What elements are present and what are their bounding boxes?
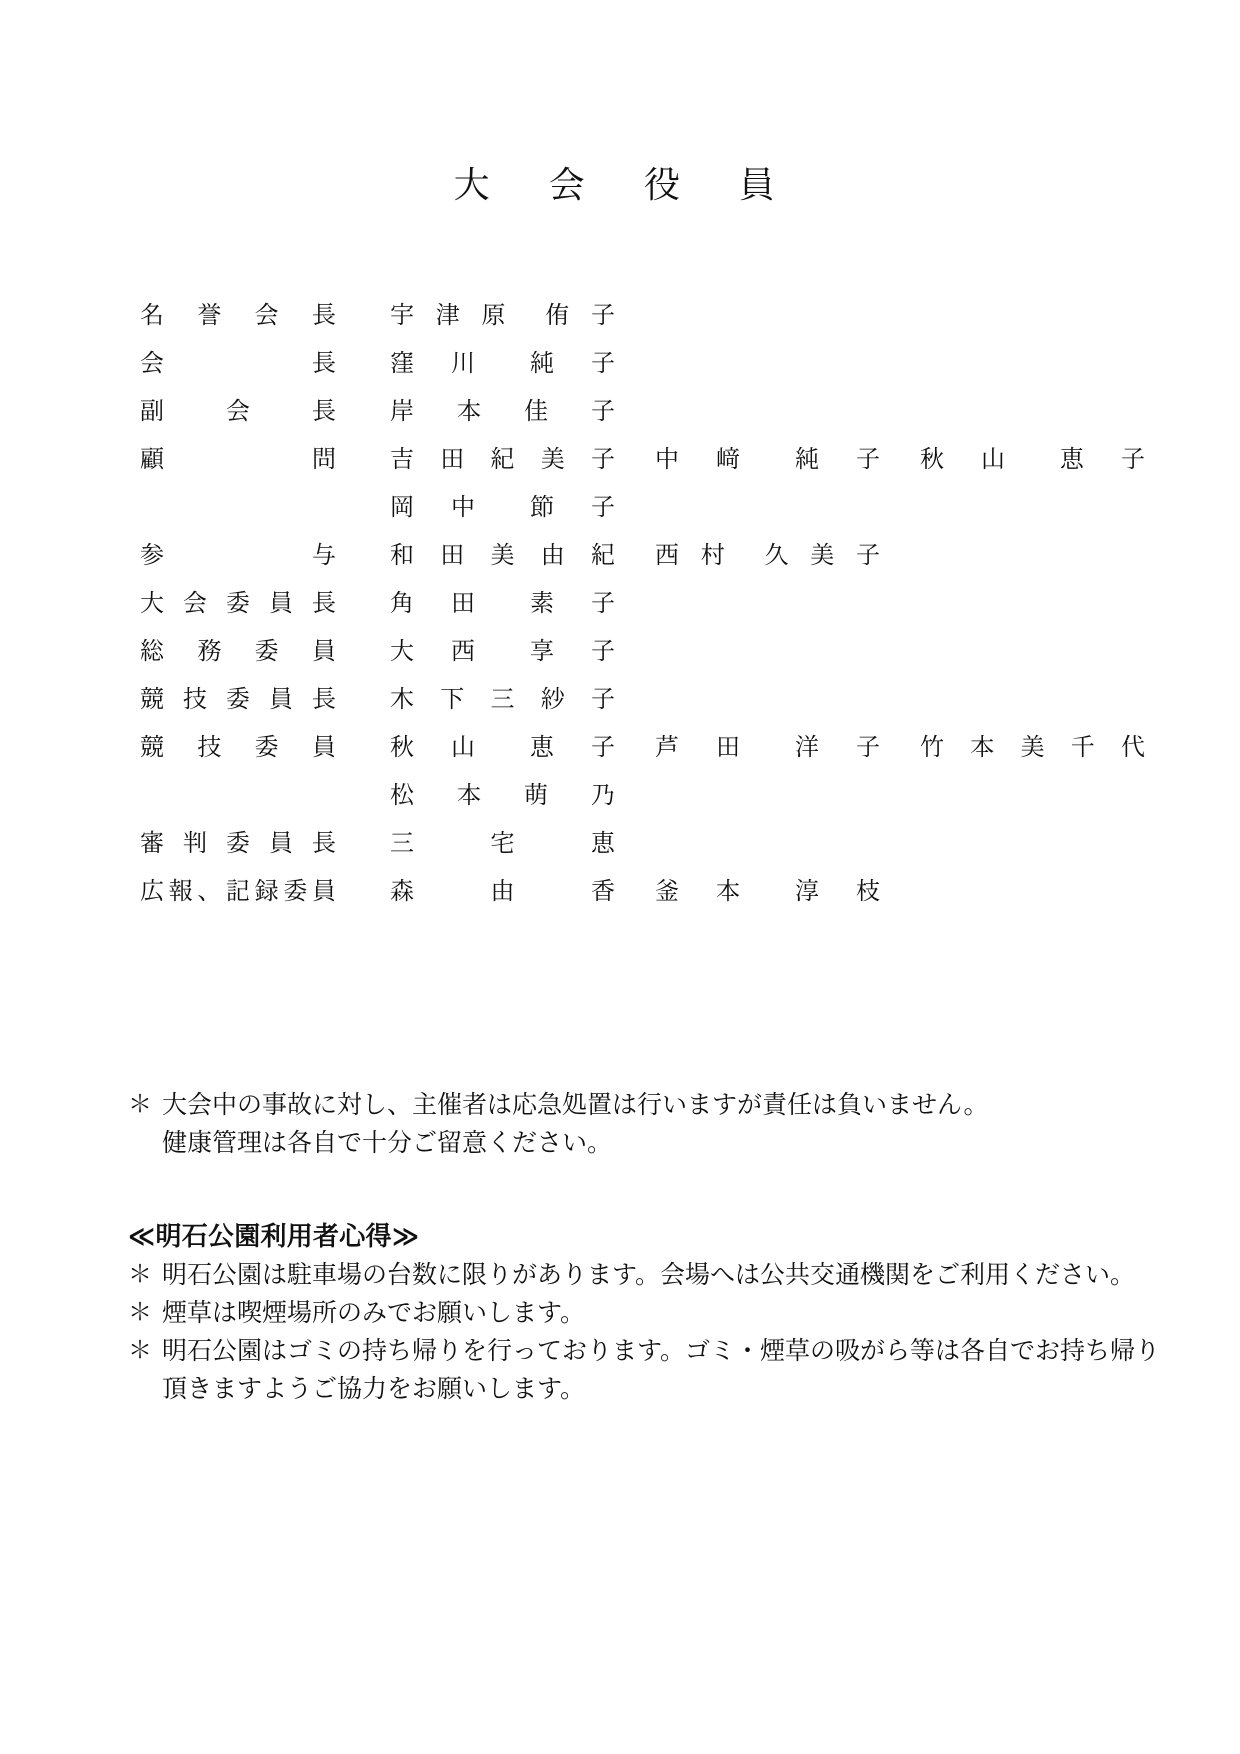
disclaimer-line: 大会中の事故に対し、主催者は応急処置は行いますが責任は負いません。: [162, 1086, 989, 1124]
official-name: 木 下 三 紗 子: [390, 679, 615, 714]
officials-list: 名 誉 会 長 宇 津 原 侑 子 会 長 窪 川 純 子 副 会 長 岸 本 …: [140, 288, 1145, 912]
officials-row: 総 務 委 員 大 西 享 子: [140, 624, 1145, 672]
disclaimer-note: ＊ 大会中の事故に対し、主催者は応急処置は行いますが責任は負いません。 健康管理…: [128, 1086, 1180, 1162]
role-label: 名 誉 会 長: [140, 295, 336, 330]
official-name: 吉 田 紀 美 子: [390, 439, 615, 474]
asterisk-marker: ＊: [128, 1332, 162, 1370]
role-label: 会 長: [140, 343, 336, 378]
official-name: 三 宅 恵: [390, 823, 615, 858]
officials-row: 副 会 長 岸 本 佳 子: [140, 384, 1145, 432]
officials-row: 会 長 窪 川 純 子: [140, 336, 1145, 384]
official-name: 西 村 久 美 子: [655, 535, 880, 570]
official-name: 芦 田 洋 子: [655, 727, 880, 762]
park-rule-line: 煙草は喫煙場所のみでお願いします。: [162, 1294, 585, 1332]
officials-row: 名 誉 会 長 宇 津 原 侑 子: [140, 288, 1145, 336]
role-label: 顧 問: [140, 439, 336, 474]
official-name: 和 田 美 由 紀: [390, 535, 615, 570]
role-label: 参 与: [140, 535, 336, 570]
role-label: 競 技 委 員: [140, 727, 336, 762]
officials-row: 大 会 委 員 長 角 田 素 子: [140, 576, 1145, 624]
asterisk-marker: ＊: [128, 1294, 162, 1332]
role-label: 大 会 委 員 長: [140, 583, 336, 618]
official-name: 秋 山 恵 子: [390, 727, 615, 762]
official-name: 大 西 享 子: [390, 631, 615, 666]
official-name: 宇 津 原 侑 子: [390, 295, 615, 330]
official-name: 竹 本 美 千 代: [920, 727, 1145, 762]
park-rule-line: 明石公園は駐車場の台数に限りがあります。会場へは公共交通機関をご利用ください。: [162, 1256, 1135, 1294]
asterisk-marker: ＊: [128, 1086, 162, 1124]
official-name: 角 田 素 子: [390, 583, 615, 618]
officials-row: 審 判 委 員 長 三 宅 恵: [140, 816, 1145, 864]
park-rule-line: 明石公園はゴミの持ち帰りを行っております。ゴミ・煙草の吸がら等は各自でお持ち帰り: [162, 1332, 1160, 1370]
officials-row: 参 与 和 田 美 由 紀 西 村 久 美 子: [140, 528, 1145, 576]
officials-row: 競 技 委 員 長 木 下 三 紗 子: [140, 672, 1145, 720]
park-rules-heading: ≪明石公園利用者心得≫: [128, 1216, 1200, 1256]
park-rule-text: 明石公園はゴミの持ち帰りを行っております。ゴミ・煙草の吸がら等は各自でお持ち帰り…: [162, 1332, 1160, 1408]
official-name: 岡 中 節 子: [390, 487, 615, 522]
role-label: 副 会 長: [140, 391, 336, 426]
officials-row: 岡 中 節 子: [140, 480, 1145, 528]
officials-row: 競 技 委 員 秋 山 恵 子 芦 田 洋 子 竹 本 美 千 代: [140, 720, 1145, 768]
official-name: 森 由 香: [390, 871, 615, 906]
role-label: 審 判 委 員 長: [140, 823, 336, 858]
officials-row: 広報、記録委員 森 由 香 釜 本 淳 枝: [140, 864, 1145, 912]
officials-row: 松 本 萌 乃: [140, 768, 1145, 816]
official-name: 釜 本 淳 枝: [655, 871, 880, 906]
officials-row: 顧 問 吉 田 紀 美 子 中 﨑 純 子 秋 山 恵 子: [140, 432, 1145, 480]
disclaimer-line: 健康管理は各自で十分ご留意ください。: [162, 1124, 989, 1162]
page-title: 大 会 役 員: [0, 157, 1240, 208]
official-name: 岸 本 佳 子: [390, 391, 615, 426]
role-label: 総 務 委 員: [140, 631, 336, 666]
disclaimer-item: ＊ 大会中の事故に対し、主催者は応急処置は行いますが責任は負いません。 健康管理…: [128, 1086, 1180, 1162]
asterisk-marker: ＊: [128, 1256, 162, 1294]
park-rule-text: 明石公園は駐車場の台数に限りがあります。会場へは公共交通機関をご利用ください。: [162, 1256, 1135, 1294]
park-rule-item: ＊ 明石公園はゴミの持ち帰りを行っております。ゴミ・煙草の吸がら等は各自でお持ち…: [128, 1332, 1200, 1408]
park-rules-section: ≪明石公園利用者心得≫ ＊ 明石公園は駐車場の台数に限りがあります。会場へは公共…: [128, 1216, 1200, 1408]
park-rule-text: 煙草は喫煙場所のみでお願いします。: [162, 1294, 585, 1332]
role-label: 広報、記録委員: [140, 871, 336, 906]
official-name: 中 﨑 純 子: [655, 439, 880, 474]
park-rule-item: ＊ 煙草は喫煙場所のみでお願いします。: [128, 1294, 1200, 1332]
official-name: 秋 山 恵 子: [920, 439, 1145, 474]
role-label: 競 技 委 員 長: [140, 679, 336, 714]
park-rule-line: 頂きますようご協力をお願いします。: [162, 1370, 1160, 1408]
official-name: 窪 川 純 子: [390, 343, 615, 378]
official-name: 松 本 萌 乃: [390, 775, 615, 810]
document-page: { "document": { "title": "大 会 役 員" }, "o…: [0, 0, 1240, 1754]
park-rule-item: ＊ 明石公園は駐車場の台数に限りがあります。会場へは公共交通機関をご利用ください…: [128, 1256, 1200, 1294]
disclaimer-text: 大会中の事故に対し、主催者は応急処置は行いますが責任は負いません。 健康管理は各…: [162, 1086, 989, 1162]
